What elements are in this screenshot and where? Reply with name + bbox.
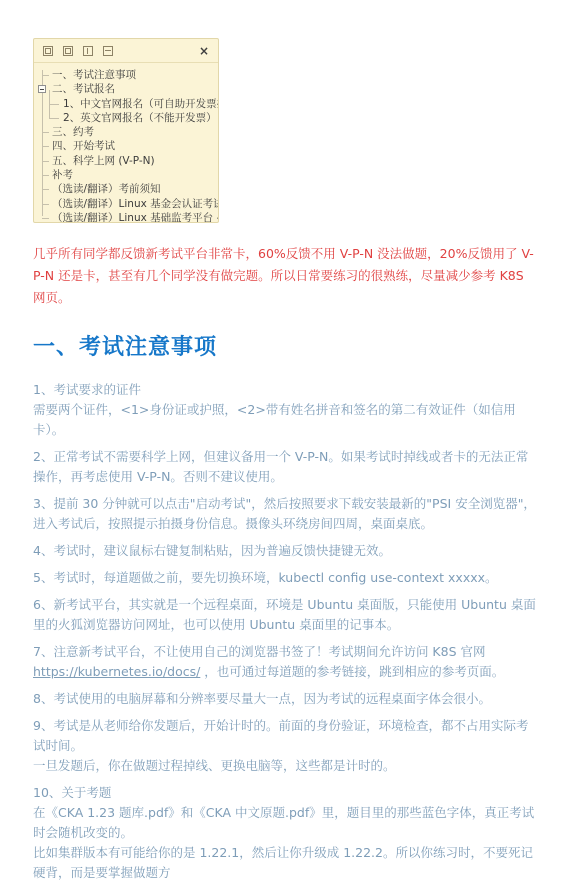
paragraph-line: 需要两个证件，<1>身份证或护照，<2>带有姓名拼音和签名的第二有效证件（如信用… xyxy=(33,402,516,437)
toc-toolbar: × xyxy=(34,39,218,63)
paragraph-vpn-advice: 2、正常考试不需要科学上网，但建议备用一个 V-P-N。如果考试时掉线或者卡的无… xyxy=(33,447,539,487)
paragraph-remote-desktop: 6、新考试平台，其实就是一个远程桌面，环境是 Ubuntu 桌面版，只能使用 U… xyxy=(33,595,539,635)
toc-item-linux-migration[interactable]: （选读/翻译）Linux 基础监考平台 – 迁移到 xyxy=(34,211,218,223)
expand-branch-icon[interactable] xyxy=(83,46,93,56)
paragraph-screen-resolution: 8、考试使用的电脑屏幕和分辨率要尽量大一点，因为考试的远程桌面字体会很小。 xyxy=(33,689,539,709)
paragraph-line: 一旦发题后，你在做题过程掉线、更换电脑等，这些都是计时的。 xyxy=(33,758,396,773)
toc-item-cn-registration[interactable]: 1、中文官网报名（可自助开发票报销） xyxy=(34,97,218,111)
paragraph-line: 10、关于考题 xyxy=(33,785,111,800)
paragraph-line: 1、考试要求的证件 xyxy=(33,382,141,397)
collapse-all-icon[interactable] xyxy=(43,46,53,56)
toc-item-vpn[interactable]: 五、科学上网 (V-P-N) xyxy=(34,154,218,168)
paragraph-question-bank: 10、关于考题 在《CKA 1.23 题库.pdf》和《CKA 中文原题.pdf… xyxy=(33,783,539,800)
toc-item-registration[interactable]: 二、考试报名 xyxy=(34,82,218,96)
toc-item-retake[interactable]: 补考 xyxy=(34,168,218,182)
feedback-warning-text: 几乎所有同学都反馈新考试平台非常卡，60%反馈不用 V-P-N 没法做题，20%… xyxy=(33,243,539,309)
toc-item-exam-notes[interactable]: 一、考试注意事项 xyxy=(34,68,218,82)
toc-item-start-exam[interactable]: 四、开始考试 xyxy=(34,139,218,153)
paragraph-psi-browser: 3、提前 30 分钟就可以点击"启动考试"，然后按照要求下载安装最新的"PSI … xyxy=(33,494,539,534)
paragraph-bookmarks: 7、注意新考试平台，不让使用自己的浏览器书签了！考试期间允许访问 K8S 官网 … xyxy=(33,642,539,682)
paragraph-segment: 7、注意新考试平台，不让使用自己的浏览器书签了！考试期间允许访问 K8S 官网 xyxy=(33,644,486,659)
collapse-branch-icon[interactable] xyxy=(103,46,113,56)
article-body: 几乎所有同学都反馈新考试平台非常卡，60%反馈不用 V-P-N 没法做题，20%… xyxy=(33,243,539,800)
toc-tree: 一、考试注意事项 二、考试报名 1、中文官网报名（可自助开发票报销） 2、英文官… xyxy=(34,63,218,223)
section-heading: 一、考试注意事项 xyxy=(33,330,539,361)
paragraph-line: 9、考试是从老师给你发题后，开始计时的。前面的身份验证，环境检查，都不占用实际考… xyxy=(33,718,528,753)
kubernetes-docs-link[interactable]: https://kubernetes.io/docs/ xyxy=(33,664,200,679)
toc-item-pre-exam-notice[interactable]: （选读/翻译）考前须知 xyxy=(34,182,218,196)
paragraph-segment: ，也可通过每道题的参考链接，跳到相应的参考页面。 xyxy=(200,664,504,679)
paragraph-required-ids: 1、考试要求的证件 需要两个证件，<1>身份证或护照，<2>带有姓名拼音和签名的… xyxy=(33,380,539,440)
paragraph-switch-context: 5、考试时，每道题做之前，要先切换环境，kubectl config use-c… xyxy=(33,568,539,588)
expand-all-icon[interactable] xyxy=(63,46,73,56)
toc-panel: × 一、考试注意事项 二、考试报名 1、中文官网报名（可自助开发票报销） 2、英… xyxy=(33,38,219,223)
close-icon[interactable]: × xyxy=(199,45,209,57)
toc-item-en-registration[interactable]: 2、英文官网报名（不能开发票） xyxy=(34,111,218,125)
paragraph-timing: 9、考试是从老师给你发题后，开始计时的。前面的身份验证，环境检查，都不占用实际考… xyxy=(33,716,539,776)
collapse-node-icon[interactable] xyxy=(38,85,46,93)
toc-item-linux-proctoring[interactable]: （选读/翻译）Linux 基金会认证考试新监考平台 xyxy=(34,197,218,211)
paragraph-copy-paste: 4、考试时，建议鼠标右键复制粘贴，因为普遍反馈快捷键无效。 xyxy=(33,541,539,561)
toc-item-booking[interactable]: 三、约考 xyxy=(34,125,218,139)
